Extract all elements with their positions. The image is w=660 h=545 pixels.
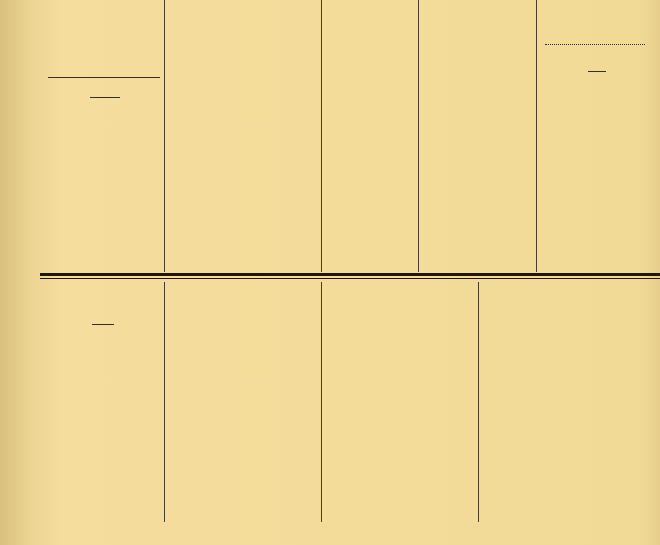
column-rule [321,0,322,272]
column-rule [321,282,322,522]
newspaper-page [0,0,660,545]
column-rule [164,0,165,272]
divider [92,324,114,325]
divider [48,77,160,78]
column-3-top [324,2,416,270]
divider [90,97,120,98]
column-5-top [540,2,652,40]
column-rule [164,282,165,522]
column-rule [418,0,419,272]
column-1-top [42,2,162,74]
column-rule [478,282,479,522]
column-1-porto-vecchio [42,100,162,260]
column-rule [536,0,537,272]
column-2-top [168,2,318,270]
section-separator-thin [40,278,660,279]
divider [588,71,606,72]
feuilleton-column-2 [168,283,318,521]
column-4-top [422,2,534,270]
divider [545,44,645,45]
feuilleton-column-3 [324,283,476,521]
section-separator [40,273,660,276]
column-5-colis [540,75,654,270]
feuilleton-column-1 [42,349,162,521]
